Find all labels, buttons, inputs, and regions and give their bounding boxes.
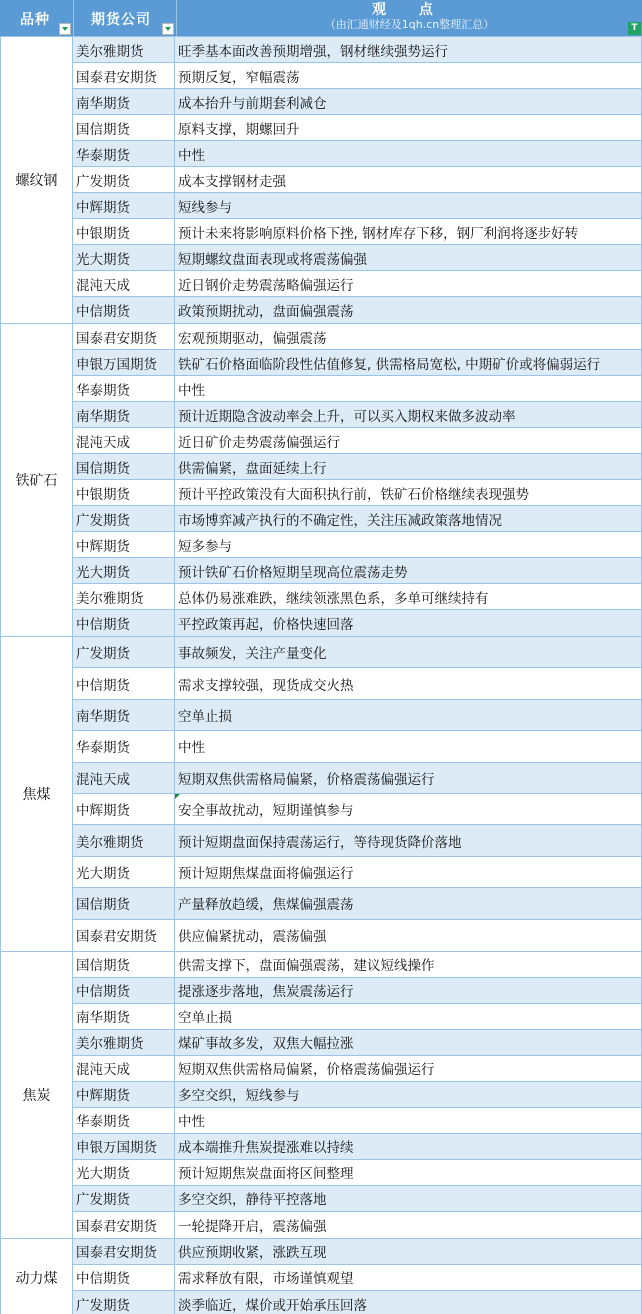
view-cell[interactable]: 需求支撑较强，现货成交火热 bbox=[175, 668, 642, 698]
view-text: 旺季基本面改善预期增强，钢材继续强势运行 bbox=[178, 40, 448, 60]
table-row: 中信期货需求支撑较强，现货成交火热 bbox=[73, 668, 642, 699]
view-text: 中性 bbox=[178, 379, 205, 399]
company-cell[interactable]: 中信期货 bbox=[73, 297, 175, 323]
variety-group: 动力煤国泰君安期货供应预期收紧，涨跌互现中信期货需求释放有限，市场谨慎观望广发期… bbox=[0, 1239, 642, 1314]
table-row: 申银万国期货成本端推升焦炭提涨难以持续 bbox=[73, 1134, 642, 1160]
company-cell[interactable]: 中银期货 bbox=[73, 219, 175, 244]
table-row: 国泰君安期货供应预期收紧，涨跌互现 bbox=[73, 1239, 642, 1265]
view-text: 预期反复，窄幅震荡 bbox=[178, 66, 300, 86]
view-cell[interactable]: 预计未来将影响原料价格下挫, 钢材库存下移，钢厂利润将逐步好转 bbox=[175, 219, 642, 244]
view-text: 需求释放有限，市场谨慎观望 bbox=[178, 1267, 354, 1287]
company-cell[interactable]: 美尔雅期货 bbox=[73, 825, 175, 855]
view-cell[interactable]: 短期螺纹盘面表现或将震荡偏强 bbox=[175, 245, 642, 270]
view-text: 空单止损 bbox=[178, 1006, 232, 1026]
view-cell[interactable]: 中性 bbox=[175, 376, 642, 401]
view-text: 预计短期焦煤盘面将偏强运行 bbox=[178, 862, 354, 882]
header-company: 期货公司 bbox=[74, 0, 177, 36]
table-row: 中银期货预计未来将影响原料价格下挫, 钢材库存下移，钢厂利润将逐步好转 bbox=[73, 219, 642, 245]
company-cell[interactable]: 中辉期货 bbox=[73, 193, 175, 218]
view-cell[interactable]: 中性 bbox=[175, 1108, 642, 1133]
table-row: 广发期货成本支撑钢材走强 bbox=[73, 167, 642, 193]
table-row: 华泰期货中性 bbox=[73, 731, 642, 762]
view-text: 预计短期焦炭盘面将区间整理 bbox=[178, 1162, 354, 1182]
company-cell[interactable]: 华泰期货 bbox=[73, 1108, 175, 1133]
table-row: 广发期货事故频发，关注产量变化 bbox=[73, 637, 642, 668]
company-cell[interactable]: 混沌天成 bbox=[73, 428, 175, 453]
variety-cell[interactable]: 焦炭 bbox=[0, 952, 73, 1238]
company-cell[interactable]: 美尔雅期货 bbox=[73, 37, 175, 62]
view-text: 供需偏紧，盘面延续上行 bbox=[178, 457, 327, 477]
company-cell[interactable]: 南华期货 bbox=[73, 700, 175, 730]
table-row: 中信期货政策预期扰动，盘面偏强震荡 bbox=[73, 297, 642, 323]
company-cell[interactable]: 国泰君安期货 bbox=[73, 1212, 175, 1238]
table-row: 光大期货预计短期焦煤盘面将偏强运行 bbox=[73, 857, 642, 888]
table-row: 国信期货原料支撑，期螺回升 bbox=[73, 115, 642, 141]
view-cell[interactable]: 供需偏紧，盘面延续上行 bbox=[175, 454, 642, 479]
filter-dropdown-icon[interactable] bbox=[162, 23, 174, 35]
table-row: 国泰君安期货宏观预期驱动，偏强震荡 bbox=[73, 324, 642, 350]
variety-cell[interactable]: 焦煤 bbox=[0, 637, 73, 951]
table-row: 光大期货预计短期焦炭盘面将区间整理 bbox=[73, 1160, 642, 1186]
header-view-subtitle: （由汇通财经及1qh.cn整理汇总） bbox=[177, 18, 642, 32]
view-text: 原料支撑，期螺回升 bbox=[178, 118, 300, 138]
table-row: 美尔雅期货总体仍易涨难跌，继续领涨黑色系，多单可继续持有 bbox=[73, 584, 642, 610]
view-cell[interactable]: 中性 bbox=[175, 141, 642, 166]
table-row: 中辉期货短线参与 bbox=[73, 193, 642, 219]
view-cell[interactable]: 预计近期隐含波动率会上升，可以买入期权来做多波动率 bbox=[175, 402, 642, 427]
view-cell[interactable]: 提涨逐步落地，焦炭震荡运行 bbox=[175, 978, 642, 1003]
company-cell[interactable]: 南华期货 bbox=[73, 1004, 175, 1029]
company-cell[interactable]: 混沌天成 bbox=[73, 763, 175, 793]
company-cell[interactable]: 中信期货 bbox=[73, 610, 175, 636]
view-cell[interactable]: 成本支撑钢材走强 bbox=[175, 167, 642, 192]
filter-icon[interactable]: T bbox=[628, 22, 641, 35]
view-text: 中性 bbox=[178, 1110, 205, 1130]
view-text: 短多参与 bbox=[178, 535, 232, 555]
view-text: 煤矿事故多发，双焦大幅拉涨 bbox=[178, 1032, 354, 1052]
view-text: 事故频发，关注产量变化 bbox=[178, 642, 327, 662]
company-cell[interactable]: 广发期货 bbox=[73, 1186, 175, 1211]
table-row: 国泰君安期货一轮提降开启，震荡偏强 bbox=[73, 1212, 642, 1238]
company-cell[interactable]: 申银万国期货 bbox=[73, 1134, 175, 1159]
company-cell[interactable]: 华泰期货 bbox=[73, 376, 175, 401]
view-cell[interactable]: 多空交织，静待平控落地 bbox=[175, 1186, 642, 1211]
view-cell[interactable]: 预计短期焦炭盘面将区间整理 bbox=[175, 1160, 642, 1185]
view-cell[interactable]: 短期双焦供需格局偏紧，价格震荡偏强运行 bbox=[175, 763, 642, 793]
company-cell[interactable]: 中信期货 bbox=[73, 1265, 175, 1290]
table-row: 光大期货短期螺纹盘面表现或将震荡偏强 bbox=[73, 245, 642, 271]
view-cell[interactable]: 空单止损 bbox=[175, 700, 642, 730]
view-cell[interactable]: 近日矿价走势震荡偏强运行 bbox=[175, 428, 642, 453]
table-row: 国泰君安期货预期反复，窄幅震荡 bbox=[73, 63, 642, 89]
view-text: 短期螺纹盘面表现或将震荡偏强 bbox=[178, 248, 367, 268]
table-row: 中信期货提涨逐步落地，焦炭震荡运行 bbox=[73, 978, 642, 1004]
table-row: 华泰期货中性 bbox=[73, 141, 642, 167]
variety-group: 焦炭国信期货供需支撑下，盘面偏强震荡，建议短线操作中信期货提涨逐步落地，焦炭震荡… bbox=[0, 952, 642, 1239]
company-cell[interactable]: 光大期货 bbox=[73, 245, 175, 270]
view-text: 供应预期收紧，涨跌互现 bbox=[178, 1241, 327, 1261]
company-cell[interactable]: 华泰期货 bbox=[73, 731, 175, 761]
table-body: 螺纹钢美尔雅期货旺季基本面改善预期增强，钢材继续强势运行国泰君安期货预期反复，窄… bbox=[0, 37, 642, 1314]
view-text: 成本端推升焦炭提涨难以持续 bbox=[178, 1136, 354, 1156]
company-cell[interactable]: 广发期货 bbox=[73, 167, 175, 192]
view-text: 铁矿石价格面临阶段性估值修复, 供需格局宽松, 中期矿价或将偏弱运行 bbox=[178, 353, 600, 373]
view-text: 预计铁矿石价格短期呈现高位震荡走势 bbox=[178, 561, 408, 581]
header-view: 观 点 （由汇通财经及1qh.cn整理汇总） T bbox=[177, 0, 642, 36]
view-cell[interactable]: 成本抬升与前期套利减仓 bbox=[175, 89, 642, 114]
company-cell[interactable]: 申银万国期货 bbox=[73, 350, 175, 375]
header-variety-label: 品种 bbox=[20, 9, 50, 29]
view-cell[interactable]: 安全事故扰动，短期谨慎参与 bbox=[175, 794, 642, 824]
table-row: 国信期货供需偏紧，盘面延续上行 bbox=[73, 454, 642, 480]
table-row: 国信期货供需支撑下，盘面偏强震荡，建议短线操作 bbox=[73, 952, 642, 978]
table-row: 南华期货空单止损 bbox=[73, 1004, 642, 1030]
company-cell[interactable]: 广发期货 bbox=[73, 506, 175, 531]
spreadsheet: 品种 期货公司 观 点 （由汇通财经及1qh.cn整理汇总） T 螺纹钢美尔雅期… bbox=[0, 0, 642, 1314]
company-cell[interactable]: 国信期货 bbox=[73, 888, 175, 918]
view-cell[interactable]: 政策预期扰动，盘面偏强震荡 bbox=[175, 297, 642, 323]
table-row: 广发期货市场博弈减产执行的不确定性，关注压减政策落地情况 bbox=[73, 506, 642, 532]
view-cell[interactable]: 空单止损 bbox=[175, 1004, 642, 1029]
view-text: 产量释放趋缓，焦煤偏强震荡 bbox=[178, 893, 354, 913]
variety-cell[interactable]: 动力煤 bbox=[0, 1239, 73, 1314]
view-text: 安全事故扰动，短期谨慎参与 bbox=[178, 799, 354, 819]
company-cell[interactable]: 中银期货 bbox=[73, 480, 175, 505]
view-text: 短期双焦供需格局偏紧，价格震荡偏强运行 bbox=[178, 1058, 435, 1078]
view-cell[interactable]: 煤矿事故多发，双焦大幅拉涨 bbox=[175, 1030, 642, 1055]
view-text: 预计短期盘面保持震荡运行，等待现货降价落地 bbox=[178, 831, 462, 851]
view-text: 一轮提降开启，震荡偏强 bbox=[178, 1215, 327, 1235]
table-row: 华泰期货中性 bbox=[73, 1108, 642, 1134]
view-cell[interactable]: 需求释放有限，市场谨慎观望 bbox=[175, 1265, 642, 1290]
table-row: 美尔雅期货煤矿事故多发，双焦大幅拉涨 bbox=[73, 1030, 642, 1056]
table-row: 中信期货平控政策再起，价格快速回落 bbox=[73, 610, 642, 636]
view-cell[interactable]: 淡季临近，煤价或开始承压回落 bbox=[175, 1291, 642, 1314]
company-cell[interactable]: 混沌天成 bbox=[73, 1056, 175, 1081]
header-variety: 品种 bbox=[0, 0, 74, 36]
variety-group: 螺纹钢美尔雅期货旺季基本面改善预期增强，钢材继续强势运行国泰君安期货预期反复，窄… bbox=[0, 37, 642, 324]
view-cell[interactable]: 预计铁矿石价格短期呈现高位震荡走势 bbox=[175, 558, 642, 583]
company-cell[interactable]: 国信期货 bbox=[73, 952, 175, 977]
table-row: 南华期货成本抬升与前期套利减仓 bbox=[73, 89, 642, 115]
view-text: 近日钢价走势震荡略偏强运行 bbox=[178, 274, 354, 294]
table-row: 混沌天成短期双焦供需格局偏紧，价格震荡偏强运行 bbox=[73, 763, 642, 794]
view-text: 预计未来将影响原料价格下挫, 钢材库存下移，钢厂利润将逐步好转 bbox=[178, 222, 578, 242]
company-cell[interactable]: 中辉期货 bbox=[73, 794, 175, 824]
table-row: 光大期货预计铁矿石价格短期呈现高位震荡走势 bbox=[73, 558, 642, 584]
view-text: 成本抬升与前期套利减仓 bbox=[178, 92, 327, 112]
view-cell[interactable]: 预计平控政策没有大面积执行前，铁矿石价格继续表现强势 bbox=[175, 480, 642, 505]
view-cell[interactable]: 宏观预期驱动，偏强震荡 bbox=[175, 324, 642, 349]
company-cell[interactable]: 中辉期货 bbox=[73, 532, 175, 557]
company-cell[interactable]: 广发期货 bbox=[73, 1291, 175, 1314]
company-cell[interactable]: 国信期货 bbox=[73, 454, 175, 479]
view-cell[interactable]: 总体仍易涨难跌，继续领涨黑色系，多单可继续持有 bbox=[175, 584, 642, 609]
view-text: 预计近期隐含波动率会上升，可以买入期权来做多波动率 bbox=[178, 405, 516, 425]
company-cell[interactable]: 国泰君安期货 bbox=[73, 324, 175, 349]
view-cell[interactable]: 一轮提降开启，震荡偏强 bbox=[175, 1212, 642, 1238]
company-cell[interactable]: 混沌天成 bbox=[73, 271, 175, 296]
view-cell[interactable]: 市场博弈减产执行的不确定性，关注压减政策落地情况 bbox=[175, 506, 642, 531]
table-row: 申银万国期货铁矿石价格面临阶段性估值修复, 供需格局宽松, 中期矿价或将偏弱运行 bbox=[73, 350, 642, 376]
company-cell[interactable]: 美尔雅期货 bbox=[73, 584, 175, 609]
view-cell[interactable]: 短期双焦供需格局偏紧，价格震荡偏强运行 bbox=[175, 1056, 642, 1081]
table-row: 美尔雅期货预计短期盘面保持震荡运行，等待现货降价落地 bbox=[73, 825, 642, 856]
company-cell[interactable]: 国泰君安期货 bbox=[73, 1239, 175, 1264]
company-cell[interactable]: 国泰君安期货 bbox=[73, 63, 175, 88]
company-cell[interactable]: 中信期货 bbox=[73, 978, 175, 1003]
header-company-label: 期货公司 bbox=[91, 9, 151, 29]
table-row: 中银期货预计平控政策没有大面积执行前，铁矿石价格继续表现强势 bbox=[73, 480, 642, 506]
table-row: 中辉期货多空交织，短线参与 bbox=[73, 1082, 642, 1108]
table-row: 中信期货需求释放有限，市场谨慎观望 bbox=[73, 1265, 642, 1291]
view-text: 供应偏紧扰动，震荡偏强 bbox=[178, 925, 327, 945]
company-cell[interactable]: 华泰期货 bbox=[73, 141, 175, 166]
view-text: 需求支撑较强，现货成交火热 bbox=[178, 674, 354, 694]
view-text: 供需支撑下，盘面偏强震荡，建议短线操作 bbox=[178, 954, 435, 974]
view-text: 平控政策再起，价格快速回落 bbox=[178, 613, 354, 633]
view-text: 淡季临近，煤价或开始承压回落 bbox=[178, 1294, 367, 1314]
view-text: 中性 bbox=[178, 144, 205, 164]
view-text: 成本支撑钢材走强 bbox=[178, 170, 286, 190]
view-text: 总体仍易涨难跌，继续领涨黑色系，多单可继续持有 bbox=[178, 587, 489, 607]
company-cell[interactable]: 广发期货 bbox=[73, 637, 175, 667]
view-cell[interactable]: 中性 bbox=[175, 731, 642, 761]
view-cell[interactable]: 供需支撑下，盘面偏强震荡，建议短线操作 bbox=[175, 952, 642, 977]
view-text: 市场博弈减产执行的不确定性，关注压减政策落地情况 bbox=[178, 509, 502, 529]
header-view-title: 观 点 bbox=[177, 0, 642, 18]
comment-indicator-icon[interactable] bbox=[175, 794, 180, 799]
view-text: 政策预期扰动，盘面偏强震荡 bbox=[178, 300, 354, 320]
company-cell[interactable]: 光大期货 bbox=[73, 857, 175, 887]
view-cell[interactable]: 预计短期盘面保持震荡运行，等待现货降价落地 bbox=[175, 825, 642, 855]
table-row: 广发期货淡季临近，煤价或开始承压回落 bbox=[73, 1291, 642, 1314]
view-cell[interactable]: 预计短期焦煤盘面将偏强运行 bbox=[175, 857, 642, 887]
table-row: 混沌天成近日矿价走势震荡偏强运行 bbox=[73, 428, 642, 454]
variety-group: 铁矿石国泰君安期货宏观预期驱动，偏强震荡申银万国期货铁矿石价格面临阶段性估值修复… bbox=[0, 324, 642, 637]
filter-dropdown-icon[interactable] bbox=[59, 23, 71, 35]
table-row: 南华期货预计近期隐含波动率会上升，可以买入期权来做多波动率 bbox=[73, 402, 642, 428]
variety-group: 焦煤广发期货事故频发，关注产量变化中信期货需求支撑较强，现货成交火热南华期货空单… bbox=[0, 637, 642, 952]
view-cell[interactable]: 供应偏紧扰动，震荡偏强 bbox=[175, 920, 642, 951]
table-row: 南华期货空单止损 bbox=[73, 700, 642, 731]
table-row: 中辉期货短多参与 bbox=[73, 532, 642, 558]
view-cell[interactable]: 平控政策再起，价格快速回落 bbox=[175, 610, 642, 636]
table-row: 美尔雅期货旺季基本面改善预期增强，钢材继续强势运行 bbox=[73, 37, 642, 63]
table-row: 中辉期货安全事故扰动，短期谨慎参与 bbox=[73, 794, 642, 825]
view-cell[interactable]: 短多参与 bbox=[175, 532, 642, 557]
view-cell[interactable]: 旺季基本面改善预期增强，钢材继续强势运行 bbox=[175, 37, 642, 62]
company-cell[interactable]: 中辉期货 bbox=[73, 1082, 175, 1107]
view-cell[interactable]: 短线参与 bbox=[175, 193, 642, 218]
company-cell[interactable]: 国信期货 bbox=[73, 115, 175, 140]
table-row: 广发期货多空交织，静待平控落地 bbox=[73, 1186, 642, 1212]
view-cell[interactable]: 近日钢价走势震荡略偏强运行 bbox=[175, 271, 642, 296]
view-cell[interactable]: 预期反复，窄幅震荡 bbox=[175, 63, 642, 88]
company-cell[interactable]: 中信期货 bbox=[73, 668, 175, 698]
view-text: 多空交织，短线参与 bbox=[178, 1084, 300, 1104]
company-cell[interactable]: 国泰君安期货 bbox=[73, 920, 175, 951]
view-cell[interactable]: 产量释放趋缓，焦煤偏强震荡 bbox=[175, 888, 642, 918]
view-text: 空单止损 bbox=[178, 705, 232, 725]
company-cell[interactable]: 光大期货 bbox=[73, 558, 175, 583]
view-text: 中性 bbox=[178, 736, 205, 756]
table-row: 混沌天成短期双焦供需格局偏紧，价格震荡偏强运行 bbox=[73, 1056, 642, 1082]
table-row: 国信期货产量释放趋缓，焦煤偏强震荡 bbox=[73, 888, 642, 919]
variety-cell[interactable]: 铁矿石 bbox=[0, 324, 73, 636]
view-text: 多空交织，静待平控落地 bbox=[178, 1188, 327, 1208]
view-cell[interactable]: 事故频发，关注产量变化 bbox=[175, 637, 642, 667]
table-header: 品种 期货公司 观 点 （由汇通财经及1qh.cn整理汇总） T bbox=[0, 0, 642, 37]
table-row: 混沌天成近日钢价走势震荡略偏强运行 bbox=[73, 271, 642, 297]
company-cell[interactable]: 美尔雅期货 bbox=[73, 1030, 175, 1055]
view-cell[interactable]: 成本端推升焦炭提涨难以持续 bbox=[175, 1134, 642, 1159]
company-cell[interactable]: 南华期货 bbox=[73, 89, 175, 114]
view-text: 短线参与 bbox=[178, 196, 232, 216]
view-text: 近日矿价走势震荡偏强运行 bbox=[178, 431, 340, 451]
table-row: 华泰期货中性 bbox=[73, 376, 642, 402]
view-text: 提涨逐步落地，焦炭震荡运行 bbox=[178, 980, 354, 1000]
view-text: 短期双焦供需格局偏紧，价格震荡偏强运行 bbox=[178, 768, 435, 788]
view-cell[interactable]: 多空交织，短线参与 bbox=[175, 1082, 642, 1107]
view-text: 预计平控政策没有大面积执行前，铁矿石价格继续表现强势 bbox=[178, 483, 529, 503]
view-cell[interactable]: 铁矿石价格面临阶段性估值修复, 供需格局宽松, 中期矿价或将偏弱运行 bbox=[175, 350, 642, 375]
company-cell[interactable]: 光大期货 bbox=[73, 1160, 175, 1185]
view-text: 宏观预期驱动，偏强震荡 bbox=[178, 327, 327, 347]
variety-cell[interactable]: 螺纹钢 bbox=[0, 37, 73, 323]
table-row: 国泰君安期货供应偏紧扰动，震荡偏强 bbox=[73, 920, 642, 951]
company-cell[interactable]: 南华期货 bbox=[73, 402, 175, 427]
view-cell[interactable]: 原料支撑，期螺回升 bbox=[175, 115, 642, 140]
view-cell[interactable]: 供应预期收紧，涨跌互现 bbox=[175, 1239, 642, 1264]
